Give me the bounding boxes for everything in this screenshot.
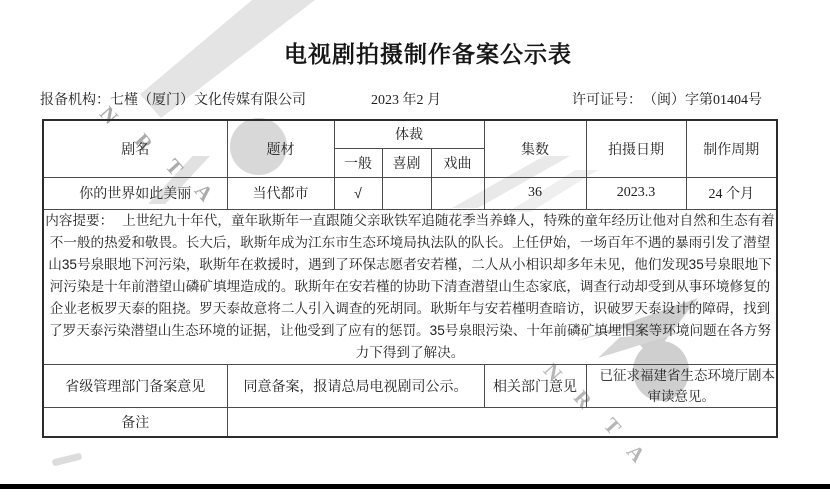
header-shoot-date: 拍摄日期 (586, 120, 686, 177)
reporting-org-label: 报备机构： (40, 91, 110, 107)
provincial-label: 省级管理部门备案意见 (43, 364, 227, 407)
table-header-row: 剧名 题材 体裁 集数 拍摄日期 制作周期 (43, 120, 777, 148)
cell-genre-comedy-mark (382, 177, 431, 209)
cell-episodes: 36 (484, 177, 586, 209)
header-genre-opera: 戏曲 (431, 148, 484, 177)
cell-cycle: 24 个月 (686, 177, 777, 209)
header-episodes: 集数 (484, 120, 586, 177)
header-cycle: 制作周期 (686, 120, 777, 177)
header-genre: 体裁 (334, 120, 484, 148)
header-drama: 剧名 (43, 120, 227, 177)
license-label: 许可证号： (572, 91, 642, 107)
cell-subject: 当代都市 (227, 177, 334, 209)
cell-genre-general-mark: √ (334, 177, 382, 209)
remarks-row: 备注 (43, 407, 777, 437)
header-subject: 题材 (227, 120, 334, 177)
watermark-letter: A (621, 439, 650, 467)
remarks-label: 备注 (43, 407, 227, 437)
synopsis-row: 内容提要：上世纪九十年代，童年耿斯年一直跟随父亲耿铁军追随花季当养蜂人，特殊的童… (43, 209, 777, 364)
header-genre-general: 一般 (334, 148, 382, 177)
synopsis-cell: 内容提要：上世纪九十年代，童年耿斯年一直跟随父亲耿铁军追随花季当养蜂人，特殊的童… (43, 209, 777, 364)
header-genre-comedy: 喜剧 (382, 148, 431, 177)
remarks-value (227, 407, 777, 437)
cell-drama-title: 你的世界如此美丽 (43, 177, 227, 209)
page-title: 电视剧拍摄制作备案公示表 (26, 36, 830, 69)
provincial-opinion-row: 省级管理部门备案意见 同意备案，报请总局电视剧司公示。 相关部门意见 已征求福建… (43, 364, 777, 407)
license-number: 许可证号：（闽）字第01404号 (572, 89, 762, 109)
related-opinion: 已征求福建省生态环境厅剧本审读意见。 (586, 364, 777, 407)
provincial-opinion: 同意备案，报请总局电视剧司公示。 (227, 364, 484, 407)
bottom-black-bar (0, 484, 830, 489)
report-date: 2023 年2 月 (371, 89, 441, 109)
watermark-smudge-icon (52, 452, 83, 466)
license-value: （闽）字第01404号 (650, 93, 762, 108)
cell-genre-opera-mark (431, 177, 484, 209)
reporting-org-name: 七槿（厦门）文化传媒有限公司 (110, 91, 306, 107)
synopsis-label: 内容提要： (45, 213, 113, 228)
reporting-org: 报备机构：七槿（厦门）文化传媒有限公司 (40, 89, 306, 109)
document-page: N R T A N R T A 电视剧拍摄制作备案公示表 报备机构：七槿（厦门）… (0, 0, 830, 495)
cell-shoot-date: 2023.3 (586, 177, 686, 209)
meta-line: 报备机构：七槿（厦门）文化传媒有限公司 2023 年2 月 许可证号：（闽）字第… (0, 89, 830, 109)
related-label: 相关部门意见 (484, 364, 586, 407)
synopsis-text: 上世纪九十年代，童年耿斯年一直跟随父亲耿铁军追随花季当养蜂人，特殊的童年经历让他… (48, 213, 775, 360)
filing-form-table: 剧名 题材 体裁 集数 拍摄日期 制作周期 一般 喜剧 戏曲 你的世界如此美丽 … (42, 119, 778, 438)
table-row: 你的世界如此美丽 当代都市 √ 36 2023.3 24 个月 (43, 177, 777, 209)
